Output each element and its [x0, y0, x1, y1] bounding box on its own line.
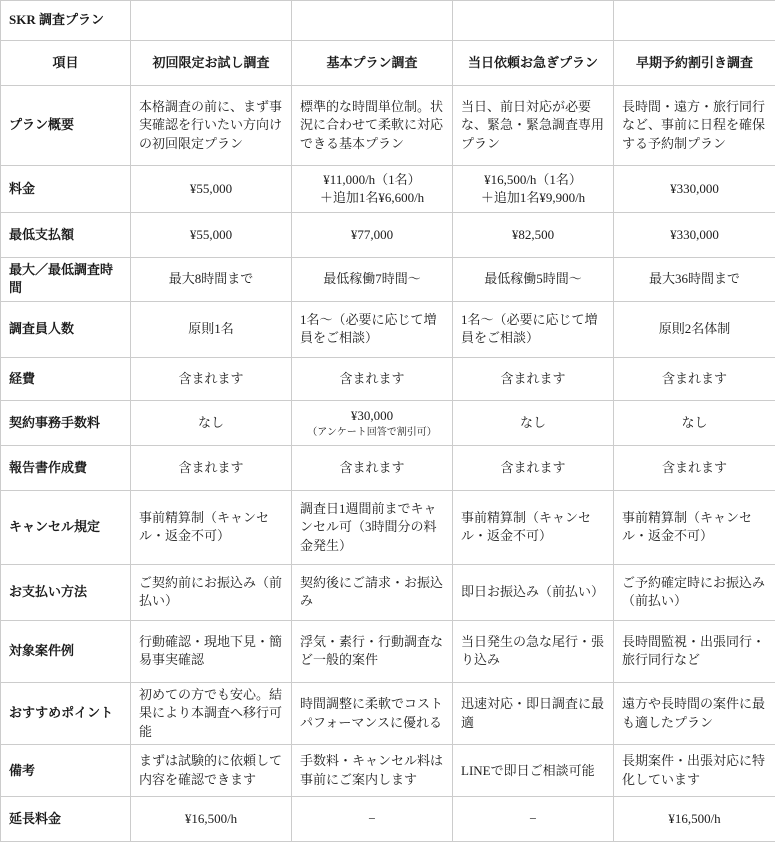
title-row-spacer-cell — [614, 1, 775, 41]
cell-cases-basic: 浮気・素行・行動調査など一般的案件 — [292, 620, 453, 682]
table-row-staff: 調査員人数 原則1名 1名〜（必要に応じて増員をご相談） 1名〜（必要に応じて増… — [1, 301, 775, 357]
cell-points-basic: 時間調整に柔軟でコストパフォーマンスに優れる — [292, 682, 453, 744]
cell-extension-sameday: − — [453, 797, 614, 842]
cell-extension-early: ¥16,500/h — [614, 797, 775, 842]
table-row-time: 最大／最低調査時間 最大8時間まで 最低稼働7時間〜 最低稼働5時間〜 最大36… — [1, 258, 775, 302]
row-label-extension: 延長料金 — [1, 797, 131, 842]
cell-overview-basic: 標準的な時間単位制。状況に合わせて柔軟に対応できる基本プラン — [292, 86, 453, 166]
cell-cancel-trial: 事前精算制（キャンセル・返金不可） — [131, 490, 292, 564]
cell-staff-trial: 原則1名 — [131, 301, 292, 357]
cell-payment-early: ご予約確定時にお振込み（前払い） — [614, 564, 775, 620]
cell-cancel-early: 事前精算制（キャンセル・返金不可） — [614, 490, 775, 564]
cell-points-sameday: 迅速対応・即日調査に最適 — [453, 682, 614, 744]
cell-min-payment-trial: ¥55,000 — [131, 213, 292, 258]
table-row-overview: プラン概要 本格調査の前に、まず事実確認を行いたい方向けの初回限定プラン 標準的… — [1, 86, 775, 166]
cell-extension-trial: ¥16,500/h — [131, 797, 292, 842]
header-sameday-plan: 当日依頼お急ぎプラン — [453, 41, 614, 86]
cell-cases-trial: 行動確認・現地下見・簡易事実確認 — [131, 620, 292, 682]
cell-staff-early: 原則2名体制 — [614, 301, 775, 357]
table-row-fee: 料金 ¥55,000 ¥11,000/h（1名） ＋追加1名¥6,600/h ¥… — [1, 166, 775, 213]
cell-cases-early: 長時間監視・出張同行・旅行同行など — [614, 620, 775, 682]
cell-points-trial: 初めての方でも安心。結果により本調査へ移行可能 — [131, 682, 292, 744]
cell-notes-trial: まずは試験的に依頼して内容を確認できます — [131, 745, 292, 797]
cell-min-payment-sameday: ¥82,500 — [453, 213, 614, 258]
table-row-notes: 備考 まずは試験的に依頼して内容を確認できます 手数料・キャンセル料は事前にご案… — [1, 745, 775, 797]
cell-fee-basic: ¥11,000/h（1名） ＋追加1名¥6,600/h — [292, 166, 453, 213]
table-row-points: おすすめポイント 初めての方でも安心。結果により本調査へ移行可能 時間調整に柔軟… — [1, 682, 775, 744]
row-label-cases: 対象案件例 — [1, 620, 131, 682]
row-label-fee: 料金 — [1, 166, 131, 213]
table-row-expenses: 経費 含まれます 含まれます 含まれます 含まれます — [1, 357, 775, 400]
cell-payment-sameday: 即日お振込み（前払い） — [453, 564, 614, 620]
cell-report-fee-sameday: 含まれます — [453, 445, 614, 490]
cell-expenses-basic: 含まれます — [292, 357, 453, 400]
row-label-points: おすすめポイント — [1, 682, 131, 744]
cell-time-sameday: 最低稼働5時間〜 — [453, 258, 614, 302]
row-label-notes: 備考 — [1, 745, 131, 797]
cell-time-early: 最大36時間まで — [614, 258, 775, 302]
cell-payment-trial: ご契約前にお振込み（前払い） — [131, 564, 292, 620]
cell-cases-sameday: 当日発生の急な尾行・張り込み — [453, 620, 614, 682]
cell-contract-fee-sameday: なし — [453, 400, 614, 445]
cell-time-trial: 最大8時間まで — [131, 258, 292, 302]
row-label-time: 最大／最低調査時間 — [1, 258, 131, 302]
row-label-cancel: キャンセル規定 — [1, 490, 131, 564]
cell-cancel-sameday: 事前精算制（キャンセル・返金不可） — [453, 490, 614, 564]
cell-points-early: 遠方や長時間の案件に最も適したプラン — [614, 682, 775, 744]
cell-overview-early: 長時間・遠方・旅行同行など、事前に日程を確保する予約制プラン — [614, 86, 775, 166]
title-row-spacer-cell — [453, 1, 614, 41]
table-row-contract-fee: 契約事務手数料 なし ¥30,000（アンケート回答で割引可） なし なし — [1, 400, 775, 445]
cell-min-payment-basic: ¥77,000 — [292, 213, 453, 258]
contract-fee-amount: ¥30,000 — [351, 408, 393, 423]
cell-extension-basic: − — [292, 797, 453, 842]
plan-comparison-table: SKR 調査プラン 項目 初回限定お試し調査 基本プラン調査 当日依頼お急ぎプラ… — [0, 0, 775, 842]
row-label-contract-fee: 契約事務手数料 — [1, 400, 131, 445]
cell-report-fee-early: 含まれます — [614, 445, 775, 490]
row-label-overview: プラン概要 — [1, 86, 131, 166]
table-row-report-fee: 報告書作成費 含まれます 含まれます 含まれます 含まれます — [1, 445, 775, 490]
title-row-spacer-cell — [131, 1, 292, 41]
cell-staff-sameday: 1名〜（必要に応じて増員をご相談） — [453, 301, 614, 357]
cell-contract-fee-early: なし — [614, 400, 775, 445]
cell-expenses-sameday: 含まれます — [453, 357, 614, 400]
cell-report-fee-basic: 含まれます — [292, 445, 453, 490]
cell-fee-trial: ¥55,000 — [131, 166, 292, 213]
row-label-min-payment: 最低支払額 — [1, 213, 131, 258]
table-row-cases: 対象案件例 行動確認・現地下見・簡易事実確認 浮気・素行・行動調査など一般的案件… — [1, 620, 775, 682]
cell-notes-basic: 手数料・キャンセル料は事前にご案内します — [292, 745, 453, 797]
cell-notes-early: 長期案件・出張対応に特化しています — [614, 745, 775, 797]
header-row: 項目 初回限定お試し調査 基本プラン調査 当日依頼お急ぎプラン 早期予約割引き調… — [1, 41, 775, 86]
row-label-expenses: 経費 — [1, 357, 131, 400]
cell-cancel-basic: 調査日1週間前までキャンセル可（3時間分の料金発生） — [292, 490, 453, 564]
cell-notes-sameday: LINEで即日ご相談可能 — [453, 745, 614, 797]
table-row-cancel: キャンセル規定 事前精算制（キャンセル・返金不可） 調査日1週間前までキャンセル… — [1, 490, 775, 564]
header-basic-plan: 基本プラン調査 — [292, 41, 453, 86]
contract-fee-discount-note: （アンケート回答で割引可） — [300, 426, 444, 439]
header-item: 項目 — [1, 41, 131, 86]
title-row-spacer-cell — [292, 1, 453, 41]
cell-payment-basic: 契約後にご請求・お振込み — [292, 564, 453, 620]
cell-staff-basic: 1名〜（必要に応じて増員をご相談） — [292, 301, 453, 357]
cell-expenses-trial: 含まれます — [131, 357, 292, 400]
header-trial-plan: 初回限定お試し調査 — [131, 41, 292, 86]
cell-overview-sameday: 当日、前日対応が必要な、緊急・緊急調査専用プラン — [453, 86, 614, 166]
cell-contract-fee-trial: なし — [131, 400, 292, 445]
table-row-min-payment: 最低支払額 ¥55,000 ¥77,000 ¥82,500 ¥330,000 — [1, 213, 775, 258]
cell-min-payment-early: ¥330,000 — [614, 213, 775, 258]
cell-overview-trial: 本格調査の前に、まず事実確認を行いたい方向けの初回限定プラン — [131, 86, 292, 166]
cell-fee-sameday: ¥16,500/h（1名） ＋追加1名¥9,900/h — [453, 166, 614, 213]
cell-time-basic: 最低稼働7時間〜 — [292, 258, 453, 302]
table-row-extension: 延長料金 ¥16,500/h − − ¥16,500/h — [1, 797, 775, 842]
cell-report-fee-trial: 含まれます — [131, 445, 292, 490]
row-label-report-fee: 報告書作成費 — [1, 445, 131, 490]
row-label-staff: 調査員人数 — [1, 301, 131, 357]
cell-fee-early: ¥330,000 — [614, 166, 775, 213]
cell-expenses-early: 含まれます — [614, 357, 775, 400]
table-row-payment: お支払い方法 ご契約前にお振込み（前払い） 契約後にご請求・お振込み 即日お振込… — [1, 564, 775, 620]
title-row: SKR 調査プラン — [1, 1, 775, 41]
row-label-payment: お支払い方法 — [1, 564, 131, 620]
cell-contract-fee-basic: ¥30,000（アンケート回答で割引可） — [292, 400, 453, 445]
header-early-plan: 早期予約割引き調査 — [614, 41, 775, 86]
page-title: SKR 調査プラン — [1, 1, 131, 41]
